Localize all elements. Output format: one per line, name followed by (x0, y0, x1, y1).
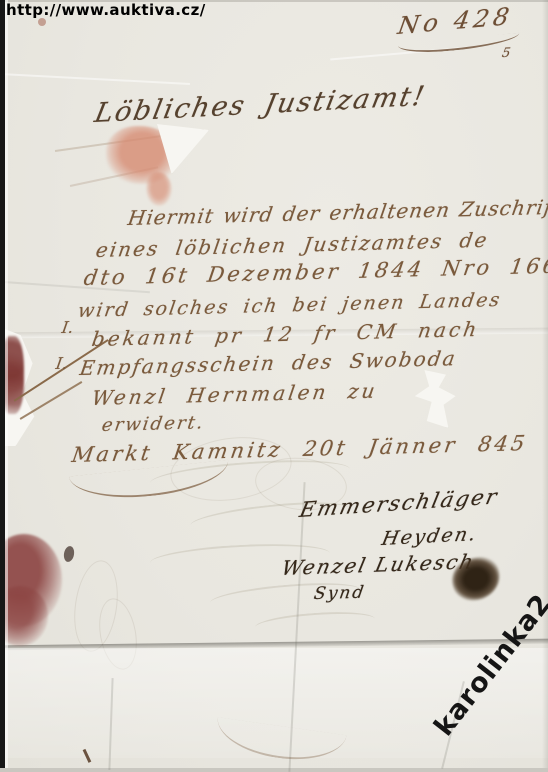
ink-speck (38, 18, 46, 26)
body-line: bekannt pr 12 fr CM nach (90, 317, 481, 351)
torn-paper-piece (410, 370, 458, 428)
body-line: Wenzl Hernmalen zu (90, 379, 379, 410)
wax-stain (146, 172, 172, 206)
body-line: erwidert. (100, 412, 206, 436)
doc-number-note: 5 (501, 46, 512, 61)
signature-line: Heyden. (380, 523, 480, 550)
scan-edge-highlight (5, 0, 8, 768)
source-url-watermark: http://www.auktiva.cz/ (6, 1, 206, 19)
ink-stroke (20, 381, 82, 419)
signature-line: Synd (312, 583, 366, 604)
crease-line (0, 73, 190, 85)
body-line: Hiermit wird der erhaltenen Zuschrift (126, 195, 548, 230)
scanned-letter: No 428 5 Löbliches Justizamt! Hiermit wi… (0, 0, 548, 768)
ink-speck (63, 545, 76, 562)
body-line: Empfangsschein des Swoboda (78, 346, 458, 380)
scan-edge-right (542, 0, 548, 768)
margin-mark: I. (55, 354, 69, 373)
salutation-line: Löbliches Justizamt! (92, 81, 429, 129)
ghost-writing (254, 609, 375, 637)
